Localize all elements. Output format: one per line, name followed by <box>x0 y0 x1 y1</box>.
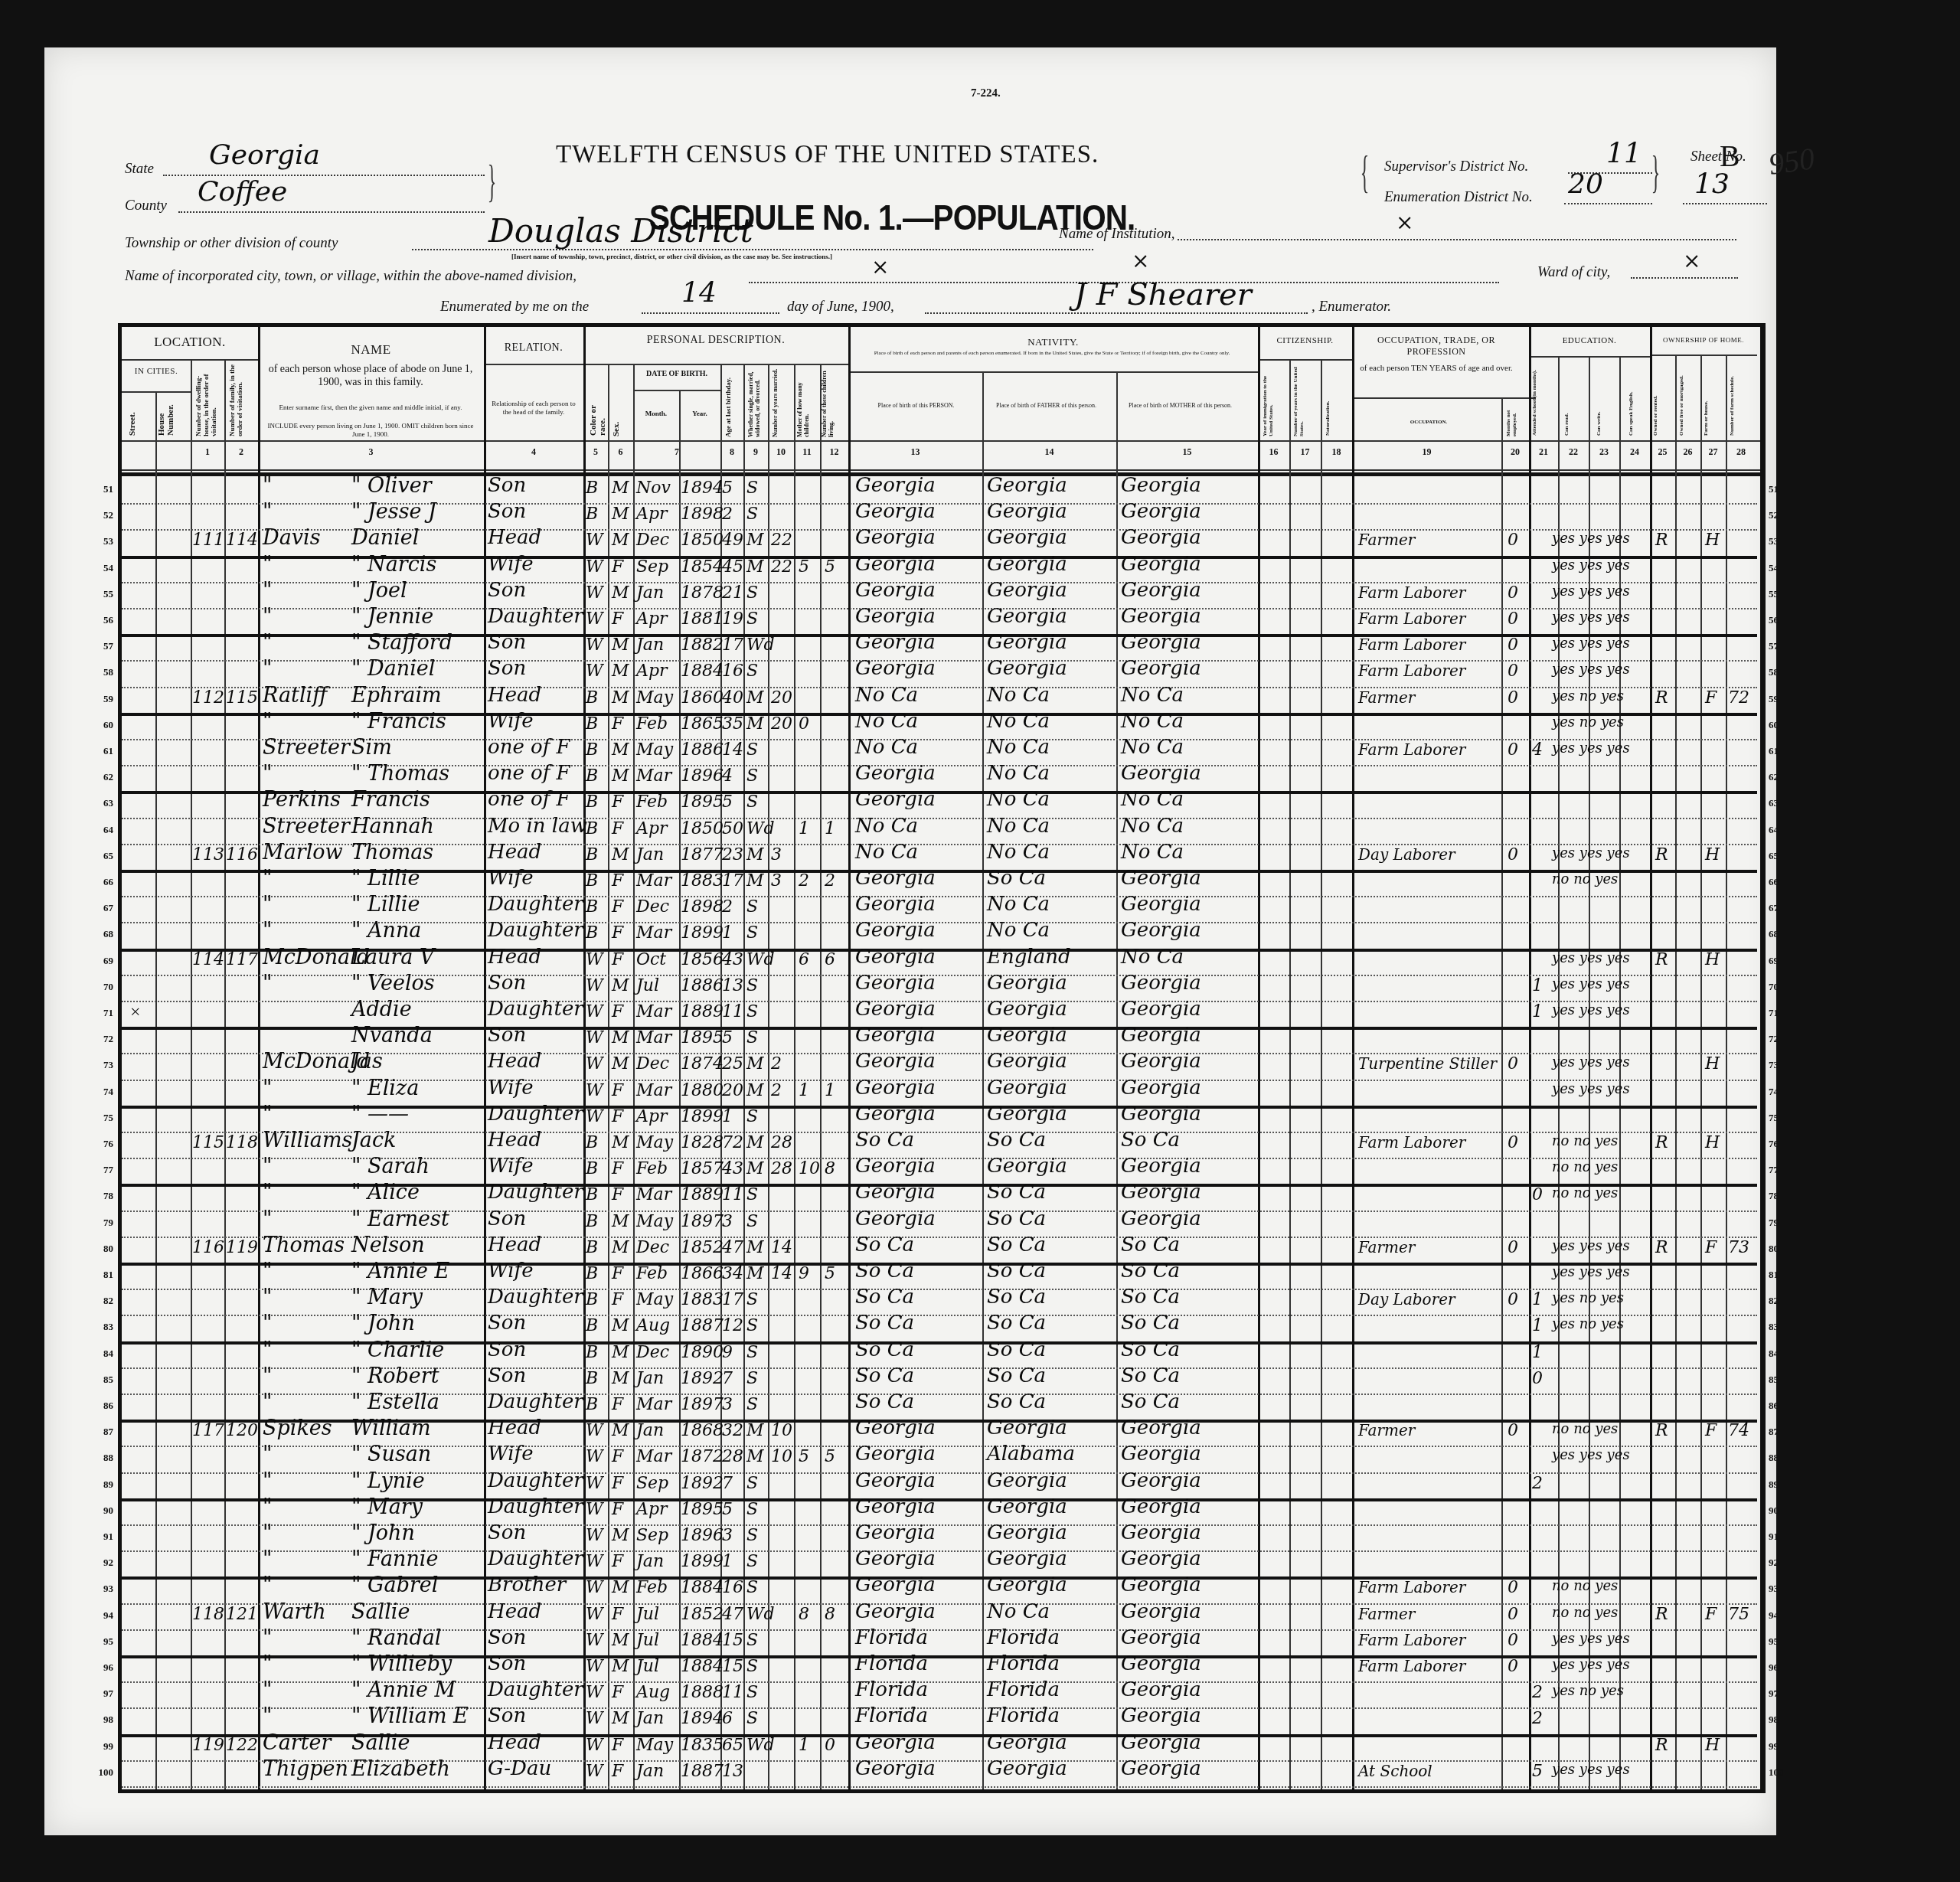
relation-cell: Wife <box>488 553 534 576</box>
birth-year-cell: 1887 <box>681 1316 724 1335</box>
sex-cell: F <box>612 1107 623 1126</box>
surname-cell: " <box>263 1103 272 1126</box>
surname-cell: " <box>263 1469 272 1493</box>
line-number-right: 68 <box>1769 928 1792 940</box>
birth-year-cell: 1850 <box>681 819 724 838</box>
colnum: 6 <box>608 446 633 458</box>
birthplace-mother-cell: So Ca <box>1121 1129 1180 1152</box>
table-row: 112115RatliffEphraimHeadBMMay186040M20No… <box>122 687 1757 713</box>
relation-cell: Wife <box>488 1077 534 1099</box>
birthplace-mother-cell: Georgia <box>1121 1521 1201 1544</box>
attended-school-cell: 5 <box>1532 1762 1543 1781</box>
birth-year-cell: 1852 <box>681 1605 724 1624</box>
birthplace-father-cell: Georgia <box>987 1024 1067 1047</box>
line-number-right: 61 <box>1769 745 1792 757</box>
birthplace-father-cell: Georgia <box>987 1050 1067 1073</box>
months-not-employed-cell: 0 <box>1508 662 1518 681</box>
surname-cell: " <box>263 1390 272 1414</box>
enumerator-signature: J F Shearer <box>1074 277 1252 312</box>
line-number-left: 53 <box>90 535 113 547</box>
birthplace-person-cell: Florida <box>855 1678 928 1701</box>
table-row: "" JoelSonWMJan187821SGeorgiaGeorgiaGeor… <box>122 582 1757 608</box>
sex-cell: F <box>612 1474 623 1493</box>
birth-year-cell: 1897 <box>681 1395 724 1414</box>
years-married-cell: 10 <box>771 1421 792 1440</box>
line-number-right: 92 <box>1769 1557 1792 1569</box>
age-cell: 23 <box>722 845 743 864</box>
given-name-cell: " Alice <box>351 1181 420 1204</box>
given-name-cell: Addie <box>351 998 412 1021</box>
attended-school-cell: 1 <box>1532 976 1543 995</box>
birth-month-cell: Apr <box>636 1500 668 1519</box>
read-write-speak-cell: no no yes <box>1552 1133 1618 1149</box>
occupation-cell: Farm Laborer <box>1358 583 1465 602</box>
birth-year-cell: 1860 <box>681 688 724 707</box>
birthplace-mother-cell: So Ca <box>1121 1260 1180 1282</box>
given-name-cell: " Narcis <box>351 553 436 577</box>
line-number-left: 88 <box>90 1452 113 1464</box>
attended-school-cell: 2 <box>1532 1474 1543 1493</box>
birthplace-mother-cell: So Ca <box>1121 1364 1180 1387</box>
line-number-left: 95 <box>90 1635 113 1648</box>
surname-cell: " <box>263 1573 272 1597</box>
col-mother-label: Mother of how many children. <box>797 367 811 437</box>
age-cell: 13 <box>722 1762 743 1781</box>
birthplace-mother-cell: Georgia <box>1121 579 1201 602</box>
table-row: "" Annie MDaughterWFAug188811SFloridaFlo… <box>122 1681 1757 1707</box>
color-cell: W <box>586 1736 603 1755</box>
line-number-right: 97 <box>1769 1688 1792 1700</box>
sex-cell: F <box>612 1264 623 1283</box>
birthplace-father-cell: England <box>987 946 1071 969</box>
children-living-cell: 0 <box>825 1736 835 1755</box>
birth-month-cell: Jan <box>636 636 664 655</box>
divider <box>633 390 720 391</box>
colnum-line <box>122 440 1760 442</box>
read-write-speak-cell: no no yes <box>1552 1185 1618 1201</box>
line-number-right: 81 <box>1769 1269 1792 1281</box>
years-married-cell: 20 <box>771 714 792 734</box>
mother-of-cell: 5 <box>799 1447 809 1466</box>
age-cell: 5 <box>722 1028 733 1047</box>
birth-year-cell: 1868 <box>681 1421 724 1440</box>
color-cell: B <box>586 479 598 498</box>
attended-school-cell: 1 <box>1532 1343 1543 1362</box>
enumerator-line <box>925 312 1308 314</box>
children-living-cell: 5 <box>825 557 835 577</box>
given-name-cell: " Oliver <box>351 474 432 498</box>
read-write-speak-cell: yes no yes <box>1552 1683 1624 1699</box>
birthplace-father-cell: So Ca <box>987 1390 1046 1413</box>
years-married-cell: 22 <box>771 557 792 577</box>
color-cell: B <box>586 897 598 916</box>
sex-cell: M <box>612 1369 629 1388</box>
birth-year-cell: 1889 <box>681 1002 724 1021</box>
given-name-cell: Jas <box>351 1050 383 1073</box>
given-name-cell: " Thomas <box>351 762 449 786</box>
birthplace-mother-cell: Georgia <box>1121 919 1201 942</box>
surname-cell: Davis <box>263 526 321 550</box>
read-write-speak-cell: yes no yes <box>1552 1316 1624 1332</box>
months-not-employed-cell: 0 <box>1508 1421 1518 1440</box>
color-cell: W <box>586 662 603 681</box>
birth-year-cell: 1895 <box>681 1500 724 1519</box>
colnum: 22 <box>1558 446 1589 458</box>
relation-cell: Head <box>488 1129 541 1152</box>
owned-rented-cell: R <box>1655 1605 1668 1624</box>
col-owned-rented-label: Owned or rented. <box>1653 388 1659 436</box>
divider <box>583 364 848 365</box>
relation-cell: Daughter <box>488 998 583 1021</box>
age-cell: 3 <box>722 1526 733 1545</box>
read-write-speak-cell: yes no yes <box>1552 1290 1624 1306</box>
line-number-right: 72 <box>1769 1033 1792 1045</box>
birthplace-mother-cell: Georgia <box>1121 657 1201 680</box>
birthplace-person-cell: Georgia <box>855 1495 936 1518</box>
birth-year-cell: 1898 <box>681 897 724 916</box>
dwelling-number-cell: 115 <box>192 1133 224 1152</box>
divider <box>122 359 258 361</box>
relation-cell: Head <box>488 1050 541 1073</box>
dwelling-number-cell: 118 <box>192 1605 224 1624</box>
months-not-employed-cell: 0 <box>1508 1631 1518 1650</box>
age-cell: 47 <box>722 1605 743 1624</box>
table-row: "" AliceDaughterBFMar188911SGeorgiaSo Ca… <box>122 1184 1757 1210</box>
given-name-cell: " John <box>351 1312 415 1335</box>
birthplace-mother-cell: Georgia <box>1121 1077 1201 1099</box>
age-cell: 16 <box>722 662 743 681</box>
given-name-cell: Jack <box>351 1129 396 1152</box>
surname-cell: Streeter <box>263 815 350 838</box>
line-number-right: 73 <box>1769 1059 1792 1071</box>
farm-house-cell: F <box>1705 1238 1717 1257</box>
given-name-cell: " Earnest <box>351 1207 449 1231</box>
given-name-cell: " —— <box>351 1103 409 1126</box>
age-cell: 15 <box>722 1631 743 1650</box>
relation-cell: Daughter <box>488 1390 583 1413</box>
line-number-right: 100 <box>1769 1766 1792 1779</box>
marital-status-cell: S <box>746 609 758 629</box>
attended-school-cell: 2 <box>1532 1683 1543 1702</box>
township-label: Township or other division of county <box>125 235 338 252</box>
colnum: 1 <box>191 446 224 458</box>
birthplace-person-cell: Georgia <box>855 1443 936 1465</box>
children-living-cell: 1 <box>825 1081 835 1100</box>
birthplace-person-cell: Georgia <box>855 762 936 785</box>
birth-year-cell: 1850 <box>681 531 724 550</box>
attended-school-cell: 2 <box>1532 1709 1543 1728</box>
marital-status-cell: S <box>746 976 758 995</box>
occupation-cell: Farmer <box>1358 1238 1415 1256</box>
sex-cell: M <box>612 1631 629 1650</box>
family-number-cell: 119 <box>226 1238 258 1257</box>
state-value: Georgia <box>209 139 320 171</box>
years-married-cell: 3 <box>771 845 782 864</box>
owned-rented-cell: R <box>1655 688 1668 707</box>
birth-month-cell: Jul <box>636 976 659 995</box>
surname-cell: " <box>263 579 272 603</box>
birthplace-father-cell: Georgia <box>987 553 1067 576</box>
col-owned-free-label: Owned free or mortgaged. <box>1679 358 1685 436</box>
birthplace-mother-cell: Georgia <box>1121 1678 1201 1701</box>
birthplace-mother-cell: Georgia <box>1121 631 1201 654</box>
marital-status-cell: M <box>746 1133 764 1152</box>
marital-status-cell: M <box>746 557 764 577</box>
given-name-cell: " Lynie <box>351 1469 425 1493</box>
marital-status-cell: Wd <box>746 636 775 655</box>
age-cell: 19 <box>722 609 743 629</box>
sex-cell: M <box>612 1526 629 1545</box>
table-row: "" MaryDaughterWFApr18955SGeorgiaGeorgia… <box>122 1498 1757 1524</box>
surname-cell: Thomas <box>263 1233 345 1257</box>
col-occupation-label: OCCUPATION. <box>1356 419 1501 425</box>
relation-cell: Son <box>488 1312 526 1335</box>
relation-cell: Son <box>488 579 526 602</box>
birth-month-cell: Mar <box>636 1081 671 1100</box>
age-cell: 5 <box>722 792 733 812</box>
marital-status-cell: S <box>746 1631 758 1650</box>
color-cell: B <box>586 1238 598 1257</box>
age-cell: 4 <box>722 766 733 786</box>
line-number-right: 74 <box>1769 1086 1792 1098</box>
line-number-right: 52 <box>1769 509 1792 521</box>
months-not-employed-cell: 0 <box>1508 636 1518 655</box>
age-cell: 3 <box>722 1395 733 1414</box>
birthplace-mother-cell: Georgia <box>1121 762 1201 785</box>
surname-cell: " <box>263 1652 272 1676</box>
line-number-right: 94 <box>1769 1609 1792 1622</box>
birth-month-cell: Jan <box>636 1552 664 1571</box>
occupation-cell: Turpentine Stiller <box>1358 1054 1497 1073</box>
read-write-speak-cell: yes yes yes <box>1552 662 1630 678</box>
birth-year-cell: 1892 <box>681 1474 724 1493</box>
sex-cell: M <box>612 1578 629 1597</box>
line-number-right: 80 <box>1769 1243 1792 1255</box>
sex-cell: M <box>612 976 629 995</box>
colnum: 2 <box>224 446 258 458</box>
age-cell: 15 <box>722 1657 743 1676</box>
age-cell: 5 <box>722 479 733 498</box>
brace: } <box>1651 145 1661 198</box>
margin-x-mark: × <box>130 1002 141 1023</box>
surname-cell: Marlow <box>263 841 343 864</box>
table-row: 111114DavisDanielHeadWMDec185049M22Georg… <box>122 529 1757 555</box>
relation-cell: Son <box>488 1024 526 1047</box>
age-cell: 28 <box>722 1447 743 1466</box>
line-number-left: 66 <box>90 876 113 888</box>
name-instruction-1: Enter surname first, then the given name… <box>267 404 474 412</box>
birthplace-person-cell: Georgia <box>855 1573 936 1596</box>
institution-value: × <box>1396 210 1413 235</box>
birth-month-cell: Dec <box>636 1238 669 1257</box>
relation-cell: Daughter <box>488 1103 583 1126</box>
birthplace-mother-cell: Georgia <box>1121 1024 1201 1047</box>
age-cell: 32 <box>722 1421 743 1440</box>
birthplace-mother-cell: No Ca <box>1121 684 1184 707</box>
col-birth-mother-label: Place of birth of MOTHER of this person. <box>1117 402 1243 410</box>
color-cell: W <box>586 1474 603 1493</box>
birth-year-cell: 1854 <box>681 557 724 577</box>
line-number-right: 57 <box>1769 640 1792 652</box>
sex-cell: M <box>612 1709 629 1728</box>
birthplace-father-cell: Georgia <box>987 1757 1067 1780</box>
group-occupation: OCCUPATION, TRADE, OR PROFESSION <box>1352 335 1521 358</box>
read-write-speak-cell: yes yes yes <box>1552 1447 1630 1463</box>
birthplace-mother-cell: Georgia <box>1121 1050 1201 1073</box>
given-name-cell: " Estella <box>351 1390 439 1414</box>
surname-cell: " <box>263 1547 272 1571</box>
birthplace-father-cell: So Ca <box>987 1129 1046 1152</box>
marital-status-cell: S <box>746 1657 758 1676</box>
given-name-cell: Sallie <box>351 1600 410 1624</box>
birthplace-mother-cell: Georgia <box>1121 1103 1201 1126</box>
marital-status-cell: S <box>746 505 758 524</box>
line-number-left: 78 <box>90 1190 113 1202</box>
color-cell: W <box>586 1631 603 1650</box>
birthplace-person-cell: Georgia <box>855 1207 936 1230</box>
age-cell: 17 <box>722 636 743 655</box>
line-number-left: 73 <box>90 1059 113 1071</box>
owned-rented-cell: R <box>1655 531 1668 550</box>
birthplace-person-cell: Georgia <box>855 579 936 602</box>
given-name-cell: " Joel <box>351 579 407 603</box>
header-bottom-line <box>122 469 1760 471</box>
relation-cell: one of F <box>488 788 570 811</box>
marital-status-cell: S <box>746 1395 758 1414</box>
birth-year-cell: 1880 <box>681 1081 724 1100</box>
birth-year-cell: 1895 <box>681 1028 724 1047</box>
line-number-right: 54 <box>1769 562 1792 574</box>
line-number-left: 62 <box>90 771 113 783</box>
sex-cell: F <box>612 1762 623 1781</box>
relation-cell: Mo in law <box>488 815 587 838</box>
colnum: 26 <box>1675 446 1700 458</box>
color-cell: B <box>586 766 598 786</box>
birthplace-person-cell: Georgia <box>855 1181 936 1204</box>
birthplace-father-cell: Georgia <box>987 500 1067 523</box>
table-row: "" AnnaDaughterBFMar18991SGeorgiaNo CaGe… <box>122 922 1757 948</box>
months-not-employed-cell: 0 <box>1508 1054 1518 1073</box>
sex-cell: F <box>612 1002 623 1021</box>
table-row: AddieDaughterWFMar188911SGeorgiaGeorgiaG… <box>122 1001 1757 1027</box>
table-row: "" ——DaughterWFApr18991SGeorgiaGeorgiaGe… <box>122 1106 1757 1132</box>
birth-month-cell: Mar <box>636 871 671 890</box>
dwelling-number-cell: 117 <box>192 1421 224 1440</box>
birthplace-person-cell: Georgia <box>855 631 936 654</box>
table-row: "" FrancisWifeBFFeb186535M200No CaNo CaN… <box>122 713 1757 739</box>
color-cell: W <box>586 1447 603 1466</box>
census-sheet: 7-224. TWELFTH CENSUS OF THE UNITED STAT… <box>44 47 1776 1835</box>
line-number-right: 85 <box>1769 1374 1792 1386</box>
birth-month-cell: Mar <box>636 1447 671 1466</box>
birthplace-father-cell: So Ca <box>987 1233 1046 1256</box>
birthplace-father-cell: Georgia <box>987 657 1067 680</box>
sex-cell: M <box>612 845 629 864</box>
birthplace-father-cell: No Ca <box>987 684 1050 707</box>
birthplace-mother-cell: No Ca <box>1121 788 1184 811</box>
birthplace-person-cell: So Ca <box>855 1312 914 1335</box>
table-row: "" JohnSonBMAug188712SSo CaSo CaSo Ca1ye… <box>122 1315 1757 1341</box>
marital-status-cell: M <box>746 845 764 864</box>
colnum: 25 <box>1650 446 1675 458</box>
table-row: 113116MarlowThomasHeadBMJan187723M3No Ca… <box>122 844 1757 870</box>
line-number-left: 63 <box>90 797 113 809</box>
read-write-speak-cell: yes yes yes <box>1552 976 1630 992</box>
birthplace-person-cell: Georgia <box>855 1050 936 1073</box>
birthplace-person-cell: So Ca <box>855 1129 914 1152</box>
birth-year-cell: 1888 <box>681 1683 724 1702</box>
age-cell: 9 <box>722 1343 733 1362</box>
color-cell: B <box>586 923 598 943</box>
birth-month-cell: Apr <box>636 609 668 629</box>
table-row: "" EstellaDaughterBFMar18973SSo CaSo CaS… <box>122 1394 1757 1420</box>
birthplace-mother-cell: Georgia <box>1121 893 1201 916</box>
enumerated-day: 14 <box>681 277 717 309</box>
birth-month-cell: Feb <box>636 792 668 812</box>
county-label: County <box>125 198 167 214</box>
birthplace-mother-cell: Georgia <box>1121 1652 1201 1675</box>
birthplace-mother-cell: So Ca <box>1121 1312 1180 1335</box>
age-cell: 1 <box>722 923 733 943</box>
children-living-cell: 8 <box>825 1159 835 1178</box>
color-cell: W <box>586 636 603 655</box>
marital-status-cell: S <box>746 1185 758 1204</box>
sex-cell: M <box>612 1212 629 1231</box>
line-number-right: 87 <box>1769 1426 1792 1438</box>
given-name-cell: Daniel <box>351 526 419 550</box>
relation-cell: Son <box>488 657 526 680</box>
months-not-employed-cell: 0 <box>1508 1578 1518 1597</box>
birth-year-cell: 1884 <box>681 662 724 681</box>
colnum: 27 <box>1700 446 1726 458</box>
birthplace-mother-cell: Georgia <box>1121 998 1201 1021</box>
line-number-left: 72 <box>90 1033 113 1045</box>
read-write-speak-cell: yes no yes <box>1552 714 1624 730</box>
birthplace-person-cell: Florida <box>855 1652 928 1675</box>
age-cell: 20 <box>722 1081 743 1100</box>
birthplace-father-cell: Georgia <box>987 1416 1067 1439</box>
birth-month-cell: Jan <box>636 1709 664 1728</box>
age-cell: 7 <box>722 1369 733 1388</box>
col-children-living-label: Number of these children living. <box>822 367 835 437</box>
col-can-speak-english-label: Can speak English. <box>1628 381 1635 436</box>
col-sex-label: Sex. <box>612 415 621 436</box>
colnum: 9 <box>743 446 768 458</box>
line-number-right: 83 <box>1769 1321 1792 1333</box>
birth-month-cell: Apr <box>636 662 668 681</box>
table-row: "" DanielSonWMApr188416SGeorgiaGeorgiaGe… <box>122 660 1757 686</box>
table-row: PerkinsFrancisone of FBFFeb18955SGeorgia… <box>122 791 1757 817</box>
enumeration-value: 20 <box>1568 168 1603 200</box>
given-name-cell: Francis <box>351 788 430 812</box>
birthplace-father-cell: Georgia <box>987 526 1067 549</box>
relation-cell: one of F <box>488 762 570 785</box>
birthplace-person-cell: Georgia <box>855 1103 936 1126</box>
attended-school-cell: 1 <box>1532 1002 1543 1021</box>
state-label: State <box>125 161 154 178</box>
relation-cell: Son <box>488 972 526 995</box>
birth-year-cell: 1889 <box>681 1185 724 1204</box>
line-number-right: 55 <box>1769 588 1792 600</box>
col-street-label: Street. <box>128 396 137 436</box>
months-not-employed-cell: 0 <box>1508 688 1518 707</box>
table-row: "" CharlieSonBMDec18909SSo CaSo CaSo Ca1 <box>122 1341 1757 1367</box>
colnum: 24 <box>1619 446 1650 458</box>
col-farm-schedule-label: Number of farm schedule. <box>1730 358 1736 436</box>
birthplace-mother-cell: Georgia <box>1121 1600 1201 1623</box>
relation-cell: Daughter <box>488 1286 583 1309</box>
marital-status-cell: M <box>746 1447 764 1466</box>
